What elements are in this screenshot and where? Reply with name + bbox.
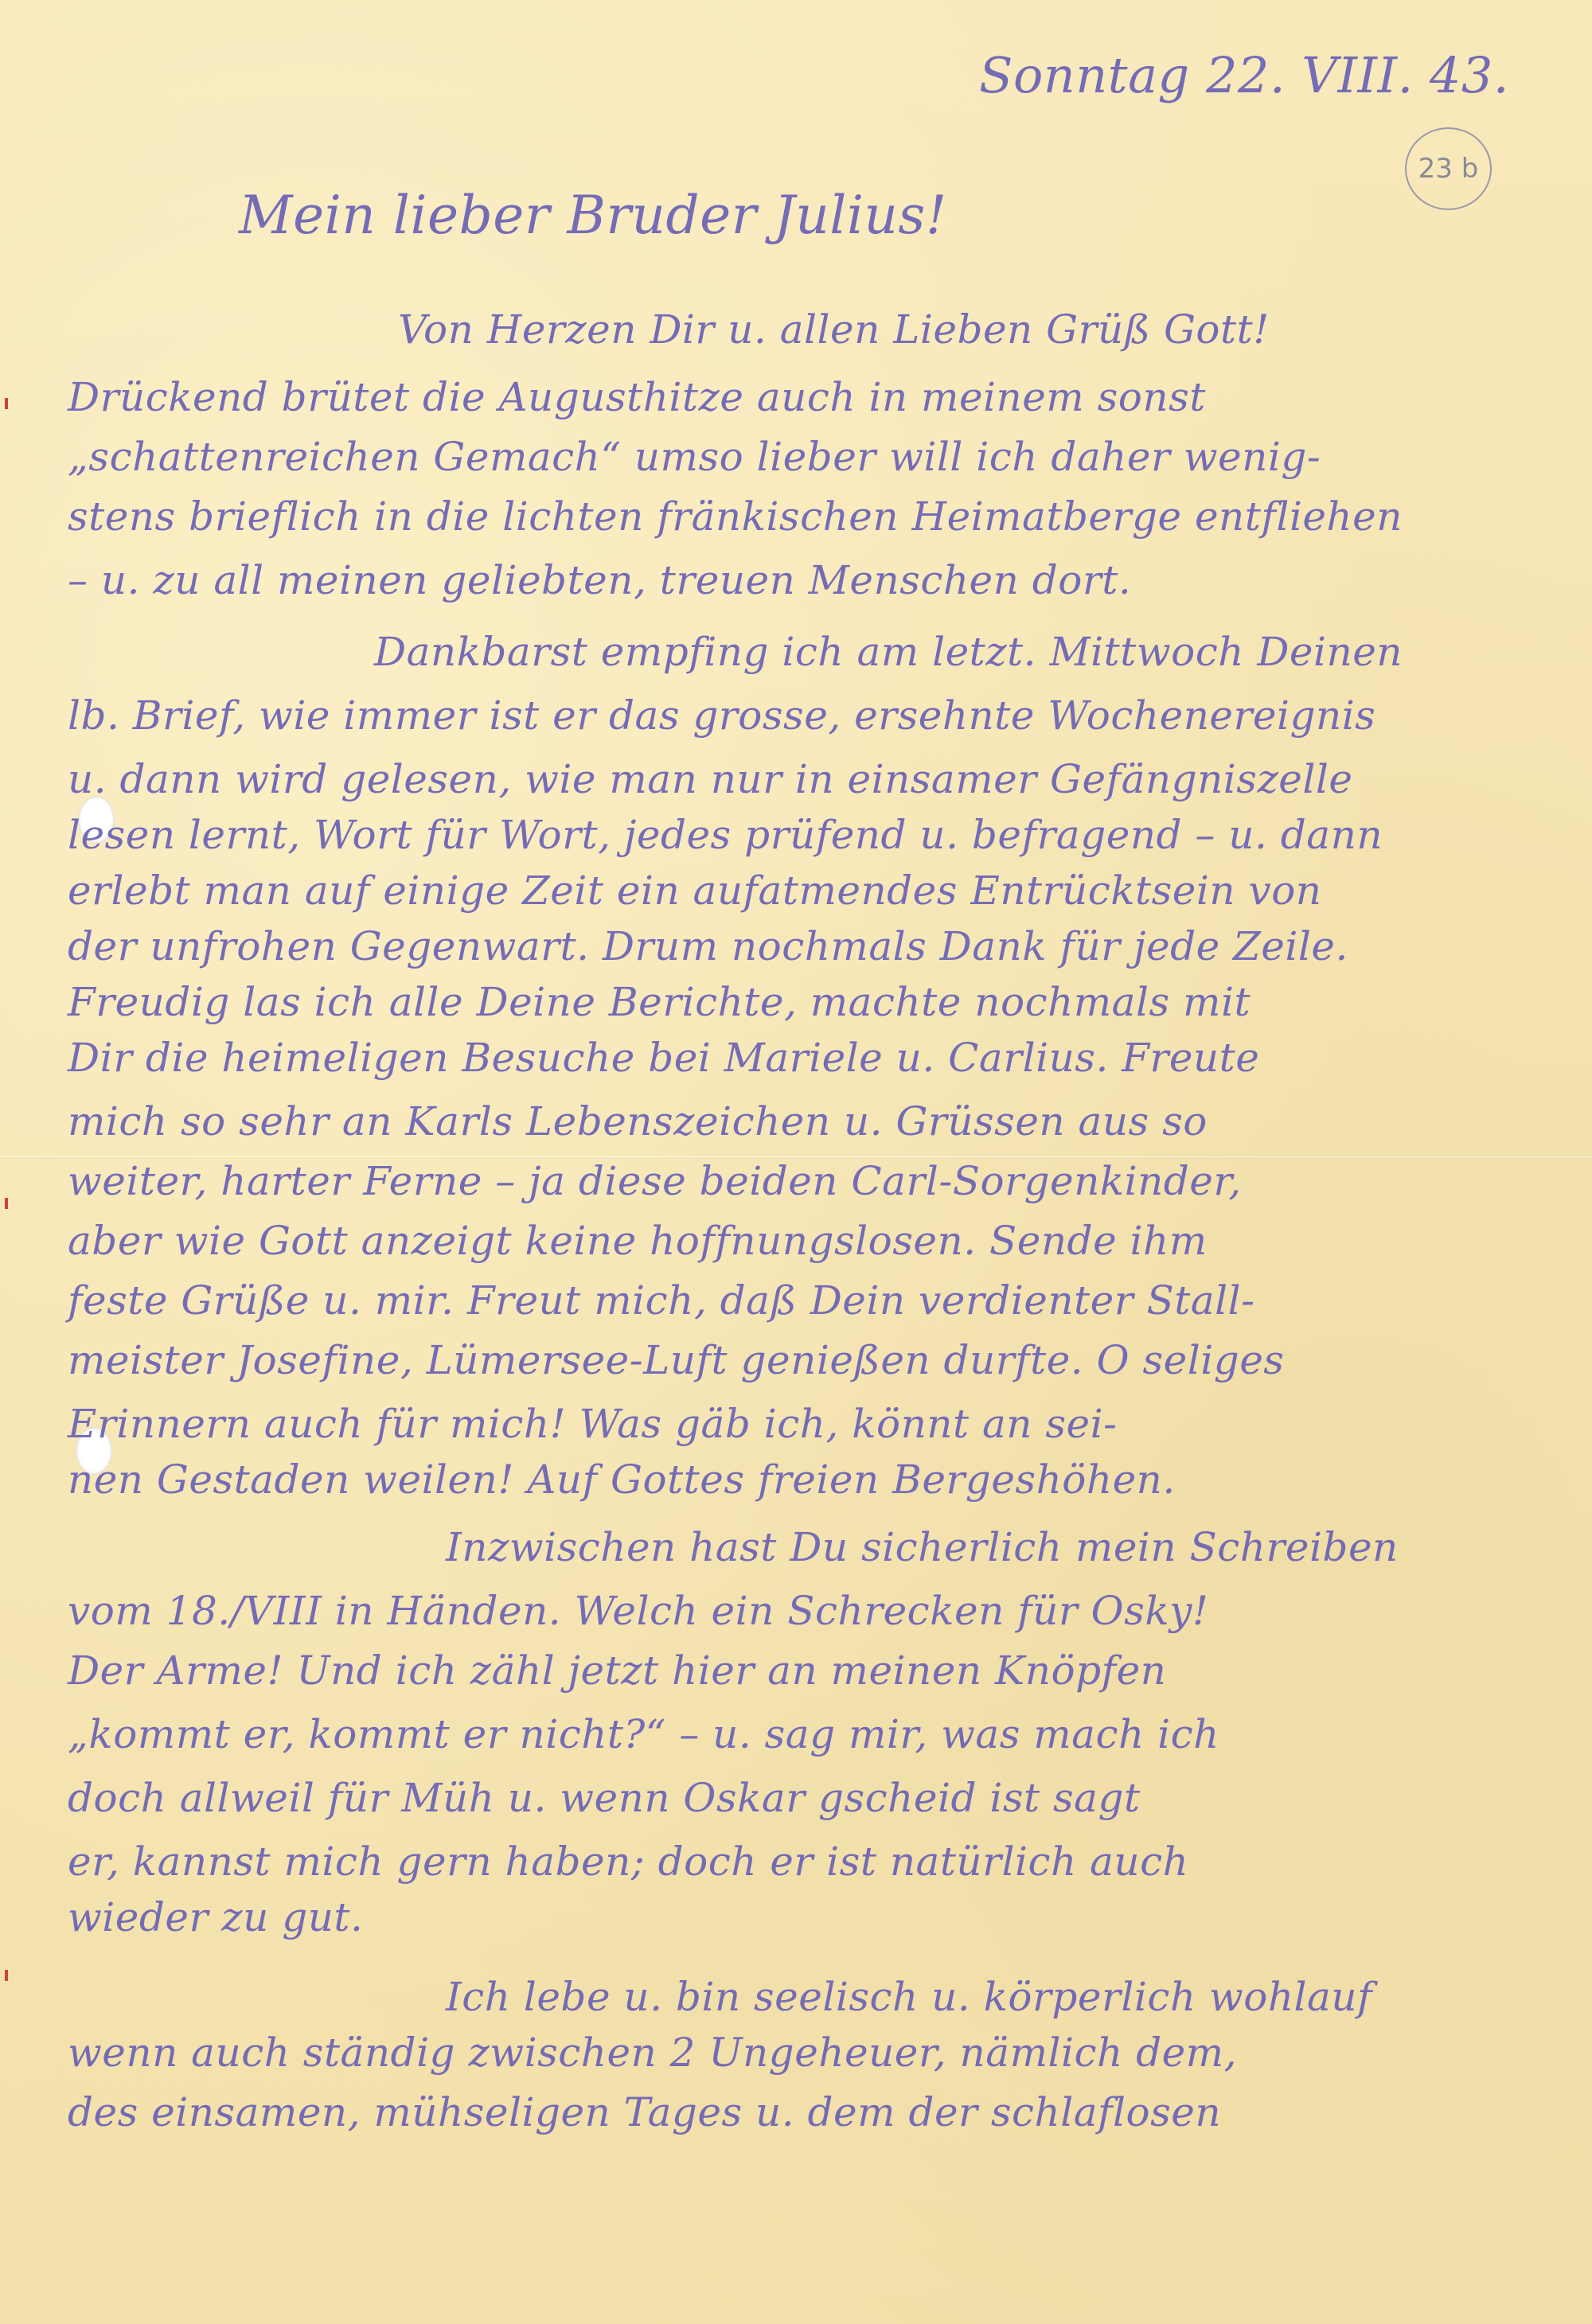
margin-mark bbox=[5, 398, 8, 409]
letter-line: – u. zu all meinen geliebten, treuen Men… bbox=[68, 557, 1131, 603]
letter-line: lesen lernt, Wort für Wort, jedes prüfen… bbox=[68, 812, 1383, 858]
letter-line: des einsamen, mühseligen Tages u. dem de… bbox=[68, 2089, 1221, 2135]
archive-number-stamp: 23 b bbox=[1405, 127, 1492, 210]
letter-line: Erinnern auch für mich! Was gäb ich, kön… bbox=[68, 1401, 1118, 1447]
letter-line: Dir die heimeligen Besuche bei Mariele u… bbox=[68, 1035, 1259, 1081]
letter-line: u. dann wird gelesen, wie man nur in ein… bbox=[68, 756, 1352, 802]
letter-line: Ich lebe u. bin seelisch u. körperlich w… bbox=[446, 1974, 1372, 2020]
letter-date: Sonntag 22. VIII. 43. bbox=[979, 46, 1509, 104]
letter-line: Freudig las ich alle Deine Berichte, mac… bbox=[68, 979, 1251, 1025]
letter-line: lb. Brief, wie immer ist er das grosse, … bbox=[68, 692, 1375, 739]
letter-line: doch allweil für Müh u. wenn Oskar gsche… bbox=[68, 1775, 1141, 1821]
letter-page: Sonntag 22. VIII. 43. 23 b Mein lieber B… bbox=[0, 0, 1592, 2324]
letter-line: der unfrohen Gegenwart. Drum nochmals Da… bbox=[68, 923, 1348, 969]
letter-line: Der Arme! Und ich zähl jetzt hier an mei… bbox=[68, 1647, 1166, 1694]
letter-line: Drückend brütet die Augusthitze auch in … bbox=[68, 374, 1206, 420]
letter-line: vom 18./VIII in Händen. Welch ein Schrec… bbox=[68, 1588, 1208, 1634]
letter-line: Inzwischen hast Du sicherlich mein Schre… bbox=[446, 1524, 1399, 1570]
letter-line: stens brieflich in die lichten fränkisch… bbox=[68, 493, 1403, 540]
letter-line: aber wie Gott anzeigt keine hoffnungslos… bbox=[68, 1218, 1208, 1264]
letter-line: „schattenreichen Gemach“ umso lieber wil… bbox=[68, 434, 1321, 480]
margin-mark bbox=[5, 1970, 8, 1981]
letter-line: Dankbarst empfing ich am letzt. Mittwoch… bbox=[374, 629, 1403, 675]
letter-line: feste Grüße u. mir. Freut mich, daß Dein… bbox=[68, 1277, 1255, 1324]
letter-line: „kommt er, kommt er nicht?“ – u. sag mir… bbox=[68, 1711, 1219, 1757]
letter-line: weiter, harter Ferne – ja diese beiden C… bbox=[68, 1158, 1242, 1204]
margin-mark bbox=[5, 1198, 8, 1209]
letter-line: meister Josefine, Lümersee-Luft genießen… bbox=[68, 1337, 1284, 1383]
letter-line: erlebt man auf einige Zeit ein aufatmend… bbox=[68, 868, 1322, 914]
salutation: Mein lieber Bruder Julius! bbox=[239, 185, 947, 246]
letter-line: nen Gestaden weilen! Auf Gottes freien B… bbox=[68, 1456, 1176, 1503]
letter-line: wenn auch ständig zwischen 2 Ungeheuer, … bbox=[68, 2030, 1237, 2076]
letter-line: wieder zu gut. bbox=[68, 1894, 363, 1940]
letter-line: mich so sehr an Karls Lebenszeichen u. G… bbox=[68, 1098, 1208, 1144]
letter-line: er, kannst mich gern haben; doch er ist … bbox=[68, 1839, 1188, 1885]
letter-line: Von Herzen Dir u. allen Lieben Grüß Gott… bbox=[398, 306, 1270, 353]
